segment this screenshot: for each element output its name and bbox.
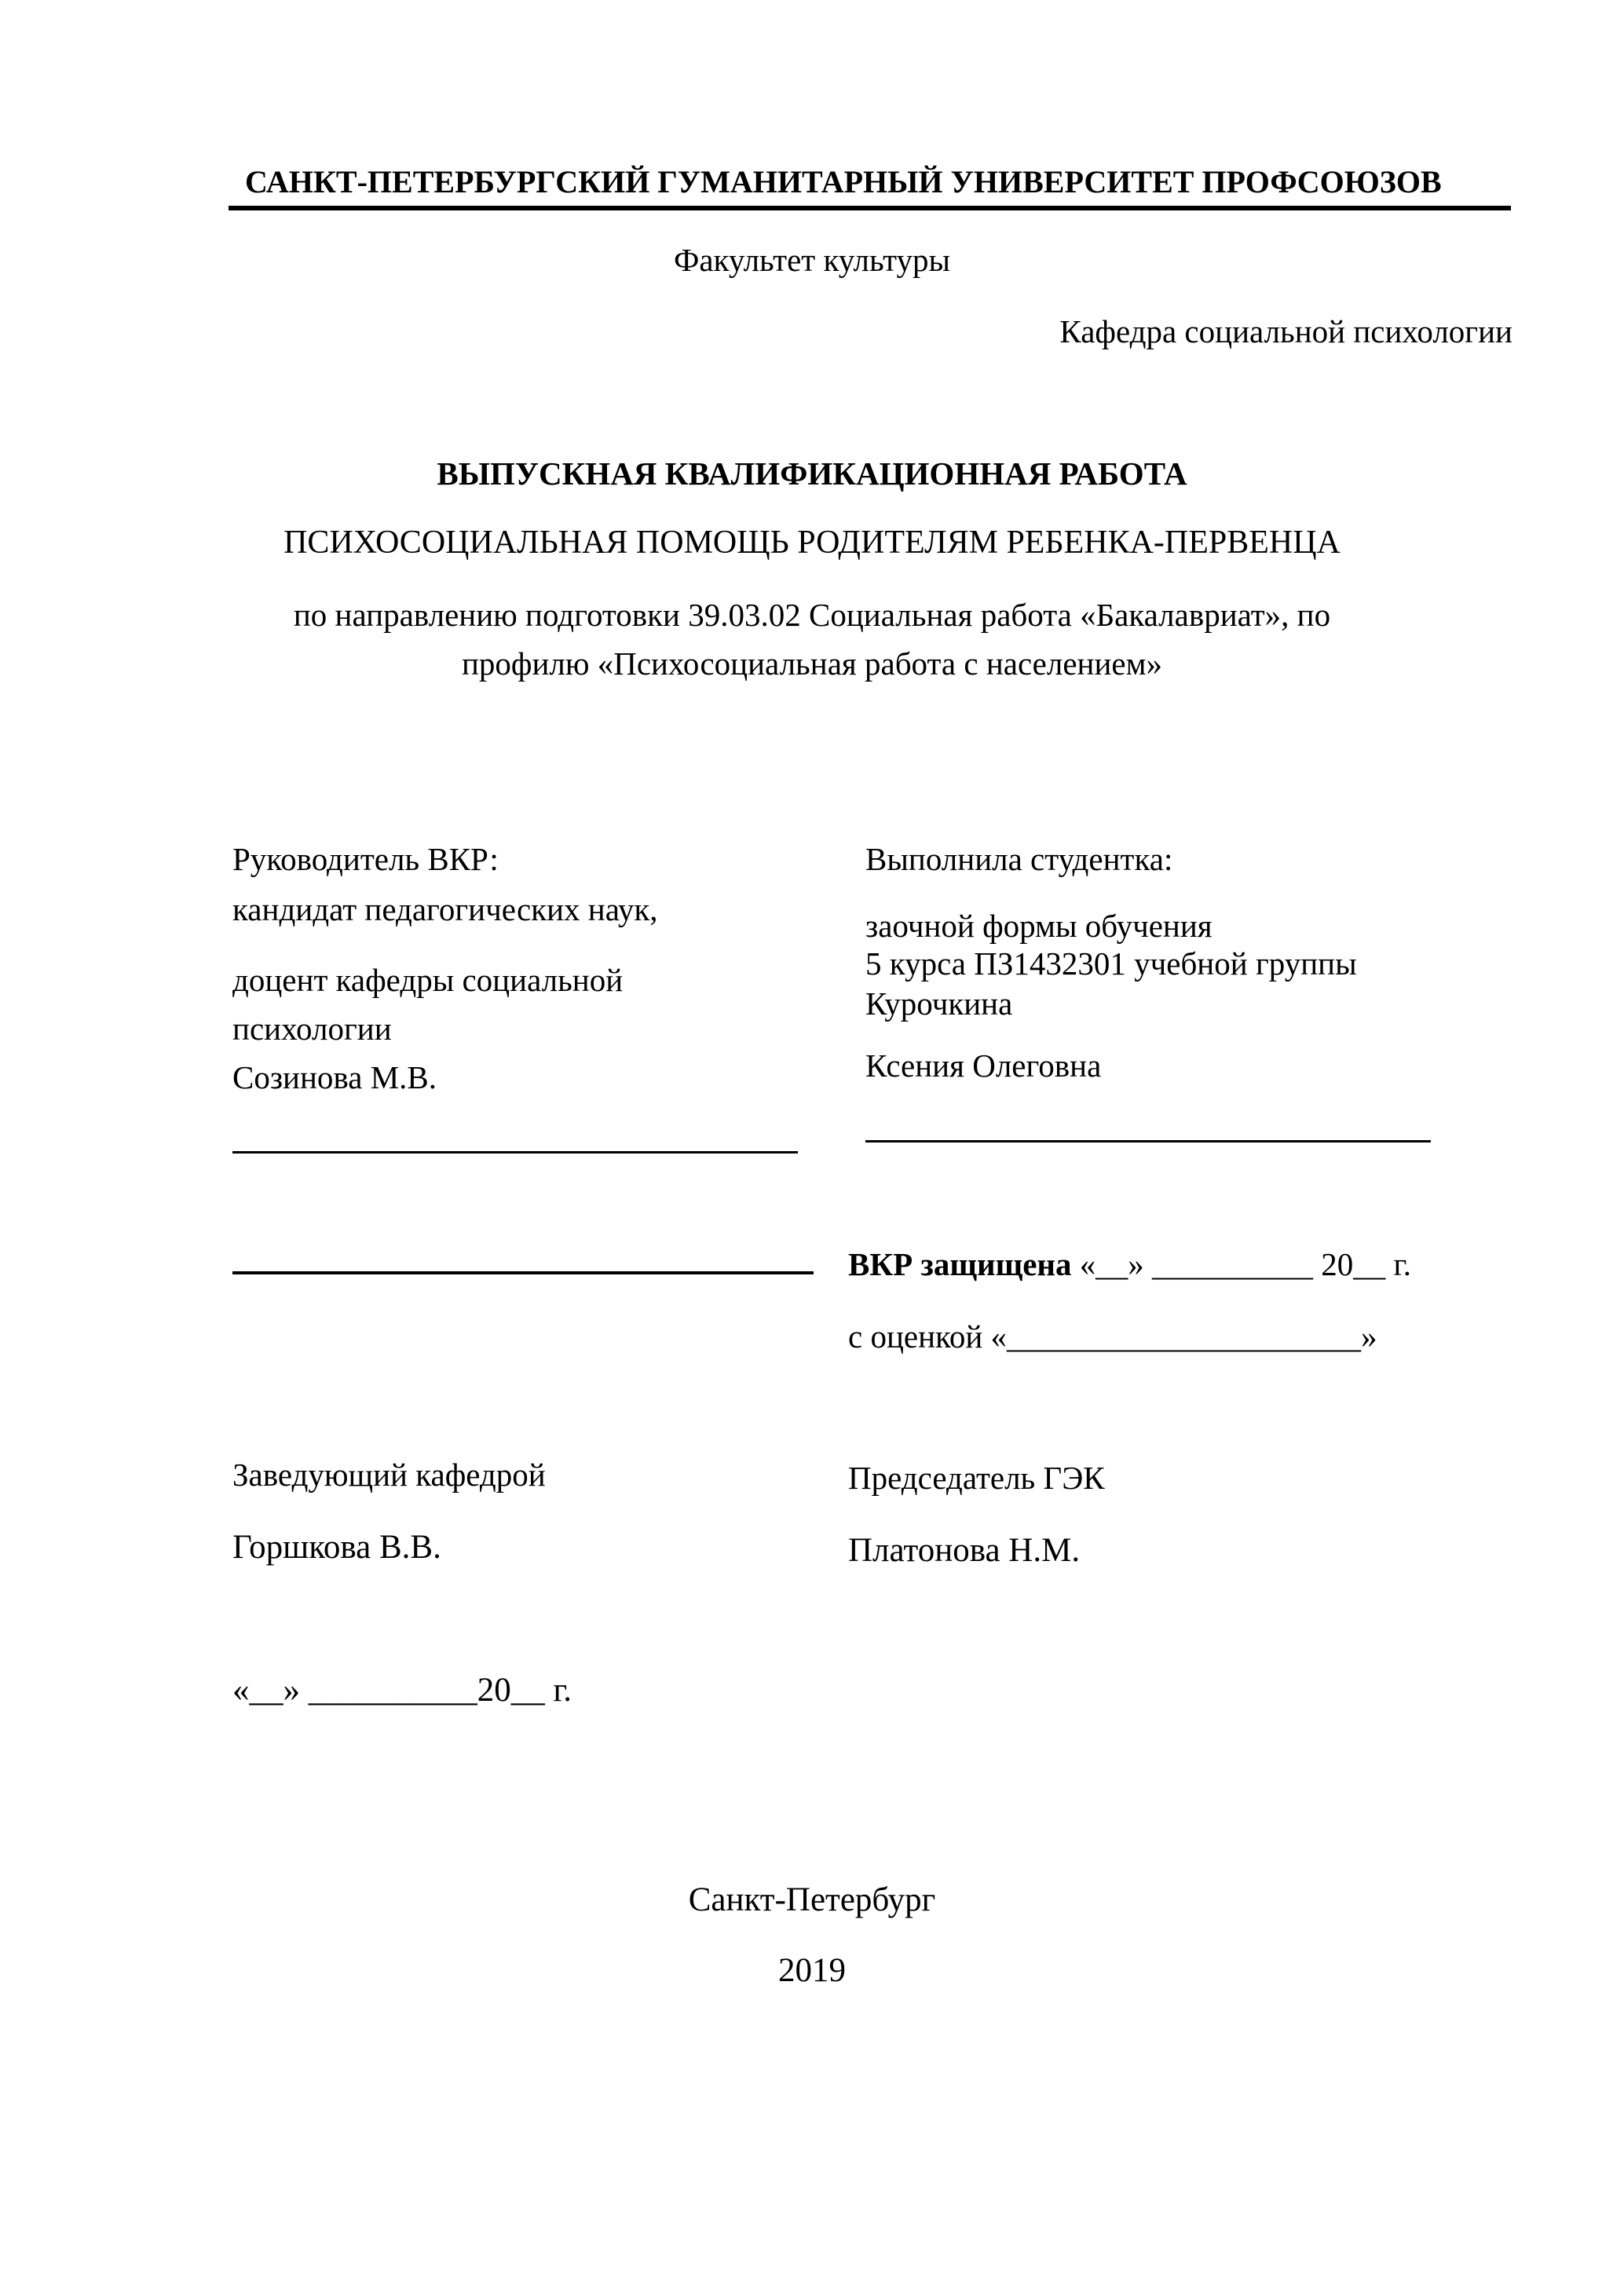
thesis-topic: ПСИХОСОЦИАЛЬНАЯ ПОМОЩЬ РОДИТЕЛЯМ РЕБЕНКА… xyxy=(0,526,1624,559)
supervisor-position-line-1: доцент кафедры социальной xyxy=(232,964,623,996)
department-name: Кафедра социальной психологии xyxy=(1059,316,1512,348)
student-surname: Курочкина xyxy=(865,988,1012,1020)
university-name: САНКТ-ПЕТЕРБУРГСКИЙ ГУМАНИТАРНЫЙ УНИВЕРС… xyxy=(245,166,1442,198)
supervisor-name: Созинова М.В. xyxy=(232,1062,437,1094)
approval-date: «__» __________20__ г. xyxy=(232,1673,572,1707)
student-signature-line xyxy=(865,1140,1431,1143)
defended-label: ВКР защищена xyxy=(848,1246,1072,1282)
defense-status: ВКР защищена «__» __________ 20__ г. xyxy=(848,1249,1411,1281)
supervisor-position-line-2: психологии xyxy=(232,1013,392,1045)
student-name: Ксения Олеговна xyxy=(865,1050,1101,1082)
work-type-heading: ВЫПУСКНАЯ КВАЛИФИКАЦИОННАЯ РАБОТА xyxy=(0,458,1624,490)
supervisor-signature-line xyxy=(232,1151,798,1153)
year: 2019 xyxy=(0,1954,1624,1987)
student-study-form: заочной формы обучения xyxy=(865,910,1213,942)
head-of-department-name: Горшкова В.В. xyxy=(232,1530,441,1564)
commission-chair-name: Платонова Н.М. xyxy=(848,1534,1080,1567)
defense-left-line xyxy=(232,1271,814,1274)
supervisor-label: Руководитель ВКР: xyxy=(232,843,499,876)
city: Санкт-Петербург xyxy=(0,1883,1624,1917)
study-direction-line-1: по направлению подготовки 39.03.02 Социа… xyxy=(0,599,1624,631)
commission-chair-label: Председатель ГЭК xyxy=(848,1462,1105,1494)
header-rule xyxy=(229,206,1511,210)
head-of-department-label: Заведующий кафедрой xyxy=(232,1459,546,1491)
defense-grade: с оценкой «______________________» xyxy=(848,1321,1377,1353)
student-course-group: 5 курса ПЗ1432301 учебной группы xyxy=(865,948,1357,980)
student-label: Выполнила студентка: xyxy=(865,843,1172,876)
faculty-name: Факультет культуры xyxy=(0,244,1624,276)
defended-date: «__» __________ 20__ г. xyxy=(1072,1246,1411,1282)
study-direction-line-2: профилю «Психосоциальная работа с населе… xyxy=(0,648,1624,680)
supervisor-degree: кандидат педагогических наук, xyxy=(232,894,658,926)
